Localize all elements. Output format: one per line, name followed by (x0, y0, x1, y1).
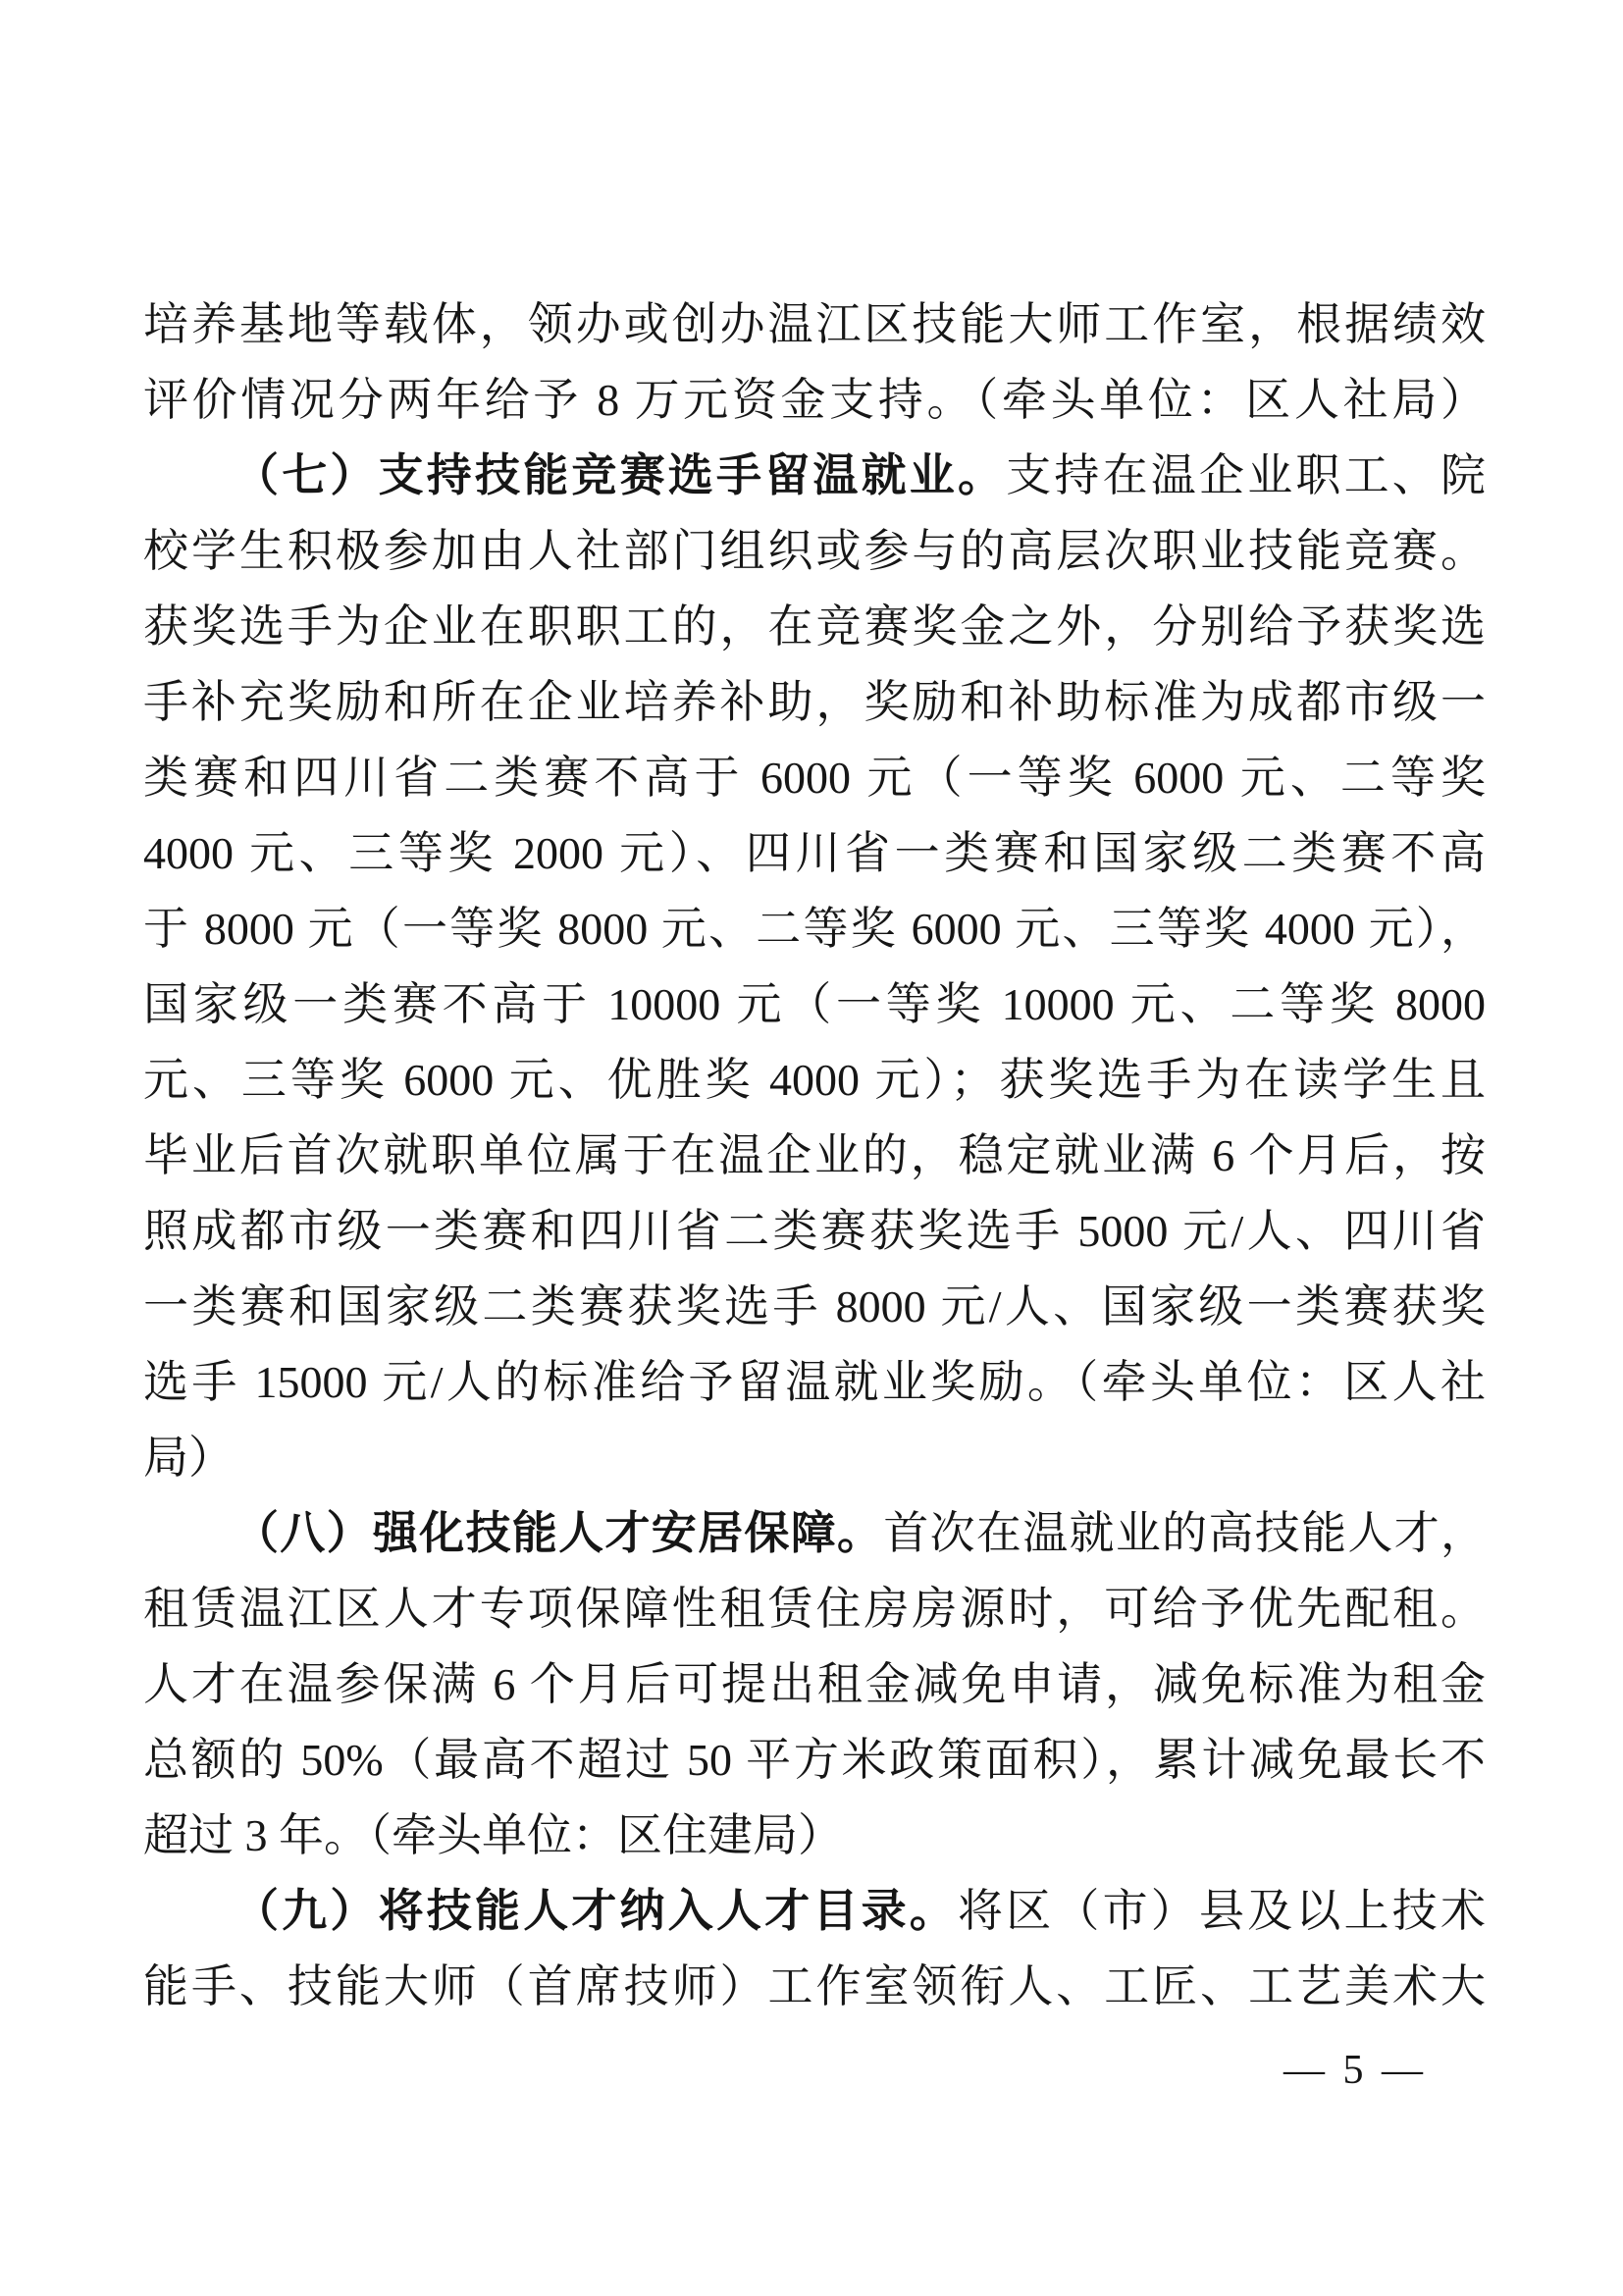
line-text: 4000 元、三等奖 2000 元）、四川省一类赛和国家级二类赛不高 (143, 828, 1486, 878)
line-text: 国家级一类赛不高于 10000 元（一等奖 10000 元、二等奖 8000 (143, 979, 1486, 1029)
text-line: 类赛和四川省二类赛不高于 6000 元（一等奖 6000 元、二等奖 (143, 740, 1486, 815)
line-text: 照成都市级一类赛和四川省二类赛获奖选手 5000 元/人、四川省 (143, 1206, 1486, 1256)
text-line: 总额的 50%（最高不超过 50 平方米政策面积），累计减免最长不 (143, 1722, 1486, 1798)
document-page: 培养基地等载体，领办或创办温江区技能大师工作室，根据绩效 评价情况分两年给予 8… (0, 0, 1623, 2296)
text-line: （九）将技能人才纳入人才目录。将区（市）县及以上技术 (143, 1873, 1486, 1949)
text-line: （七）支持技能竞赛选手留温就业。支持在温企业职工、院 (143, 438, 1486, 513)
text-line: 4000 元、三等奖 2000 元）、四川省一类赛和国家级二类赛不高 (143, 815, 1486, 891)
text-line: 照成都市级一类赛和四川省二类赛获奖选手 5000 元/人、四川省 (143, 1193, 1486, 1269)
text-line: 元、三等奖 6000 元、优胜奖 4000 元）；获奖选手为在读学生且 (143, 1042, 1486, 1118)
text-line: 国家级一类赛不高于 10000 元（一等奖 10000 元、二等奖 8000 (143, 966, 1486, 1042)
paragraph-heading: （七）支持技能竞赛选手留温就业。 (234, 450, 1006, 500)
text-line: 校学生积极参加由人社部门组织或参与的高层次职业技能竞赛。 (143, 513, 1486, 589)
line-text: 类赛和四川省二类赛不高于 6000 元（一等奖 6000 元、二等奖 (143, 753, 1486, 803)
text-line: 超过 3 年。（牵头单位：区住建局） (143, 1798, 1486, 1873)
line-text: 人才在温参保满 6 个月后可提出租金减免申请，减免标准为租金 (143, 1659, 1486, 1709)
text-line: 于 8000 元（一等奖 8000 元、二等奖 6000 元、三等奖 4000 … (143, 891, 1486, 966)
paragraph-heading: （九）将技能人才纳入人才目录。 (234, 1886, 958, 1936)
text-line: 租赁温江区人才专项保障性租赁住房房源时，可给予优先配租。 (143, 1571, 1486, 1646)
text-line: 培养基地等载体，领办或创办温江区技能大师工作室，根据绩效 (143, 287, 1486, 362)
line-text: 获奖选手为企业在职职工的，在竞赛奖金之外，分别给予获奖选 (143, 601, 1486, 652)
line-text: 局） (143, 1433, 234, 1483)
text-line: 手补充奖励和所在企业培养补助，奖励和补助标准为成都市级一 (143, 664, 1486, 740)
line-text: 一类赛和国家级二类赛获奖选手 8000 元/人、国家级一类赛获奖 (143, 1281, 1486, 1331)
line-text: 评价情况分两年给予 8 万元资金支持。（牵头单位：区人社局） (143, 375, 1486, 425)
text-line: （八）强化技能人才安居保障。首次在温就业的高技能人才， (143, 1495, 1486, 1571)
line-text: 支持在温企业职工、院 (1006, 450, 1486, 500)
line-text: 校学生积极参加由人社部门组织或参与的高层次职业技能竞赛。 (143, 526, 1486, 576)
text-line: 毕业后首次就职单位属于在温企业的，稳定就业满 6 个月后，按 (143, 1118, 1486, 1193)
line-text: 选手 15000 元/人的标准给予留温就业奖励。（牵头单位：区人社 (143, 1357, 1486, 1407)
line-text: 总额的 50%（最高不超过 50 平方米政策面积），累计减免最长不 (143, 1735, 1486, 1785)
text-line: 一类赛和国家级二类赛获奖选手 8000 元/人、国家级一类赛获奖 (143, 1269, 1486, 1344)
text-line: 局） (143, 1420, 1486, 1495)
paragraph-heading: （八）强化技能人才安居保障。 (234, 1508, 883, 1558)
text-block: 培养基地等载体，领办或创办温江区技能大师工作室，根据绩效 评价情况分两年给予 8… (143, 287, 1486, 2024)
text-line: 评价情况分两年给予 8 万元资金支持。（牵头单位：区人社局） (143, 362, 1486, 438)
line-text: 首次在温就业的高技能人才， (883, 1508, 1486, 1558)
text-line: 选手 15000 元/人的标准给予留温就业奖励。（牵头单位：区人社 (143, 1344, 1486, 1420)
text-line: 能手、技能大师（首席技师）工作室领衔人、工匠、工艺美术大 (143, 1949, 1486, 2024)
line-text: 毕业后首次就职单位属于在温企业的，稳定就业满 6 个月后，按 (143, 1130, 1486, 1180)
line-text: 能手、技能大师（首席技师）工作室领衔人、工匠、工艺美术大 (143, 1961, 1486, 2011)
line-text: 于 8000 元（一等奖 8000 元、二等奖 6000 元、三等奖 4000 … (143, 904, 1486, 954)
page-number: — 5 — (1283, 2047, 1427, 2094)
line-text: 培养基地等载体，领办或创办温江区技能大师工作室，根据绩效 (143, 299, 1486, 349)
line-text: 元、三等奖 6000 元、优胜奖 4000 元）；获奖选手为在读学生且 (143, 1055, 1486, 1105)
text-line: 获奖选手为企业在职职工的，在竞赛奖金之外，分别给予获奖选 (143, 589, 1486, 664)
text-line: 人才在温参保满 6 个月后可提出租金减免申请，减免标准为租金 (143, 1646, 1486, 1722)
line-text: 手补充奖励和所在企业培养补助，奖励和补助标准为成都市级一 (143, 677, 1486, 727)
line-text: 将区（市）县及以上技术 (958, 1886, 1486, 1936)
line-text: 超过 3 年。（牵头单位：区住建局） (143, 1810, 843, 1860)
line-text: 租赁温江区人才专项保障性租赁住房房源时，可给予优先配租。 (143, 1584, 1486, 1634)
